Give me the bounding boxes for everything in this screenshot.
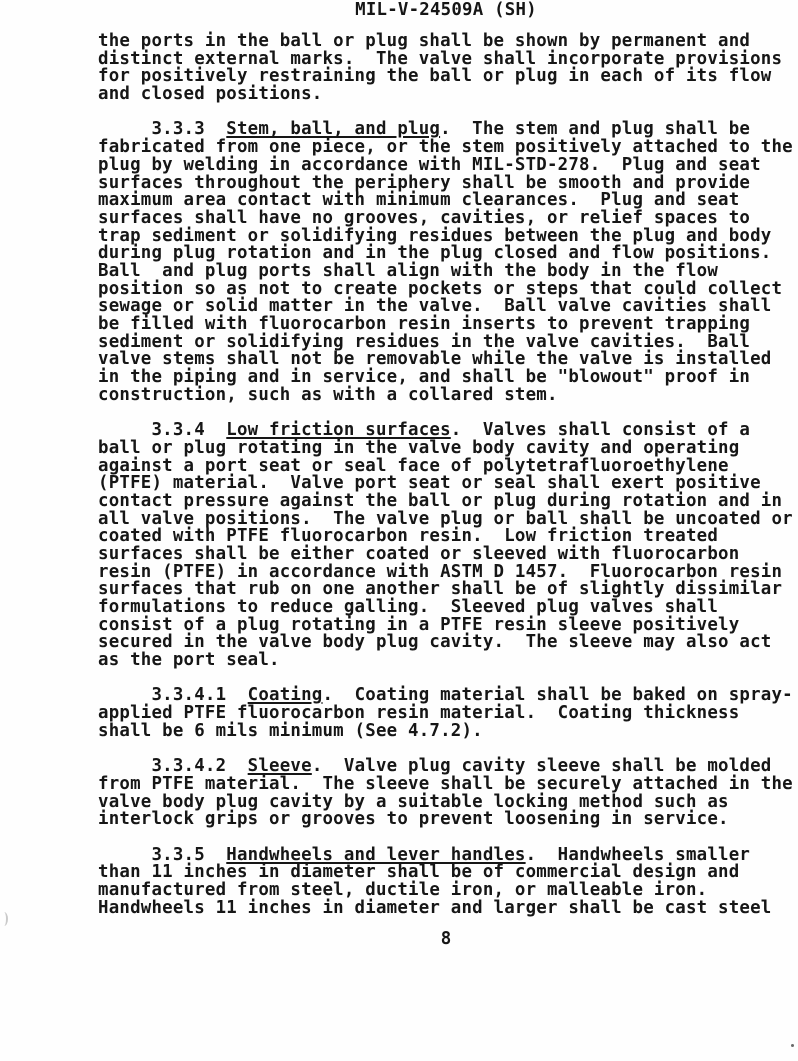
text-line: shall be 6 mils minimum (See 4.7.2). <box>98 723 798 741</box>
scan-artifact-dot <box>791 1044 794 1047</box>
text-line: construction, such as with a collared st… <box>98 387 798 405</box>
body-text: Handwheels 11 inches in diameter and lar… <box>98 898 771 918</box>
text-line: and closed positions. <box>98 86 798 104</box>
document-body: the ports in the ball or plug shall be s… <box>98 33 798 917</box>
body-text: construction, such as with a collared st… <box>98 385 558 405</box>
document-header-id: MIL-V-24509A (SH) <box>98 1 794 20</box>
document-page: MIL-V-24509A (SH) the ports in the ball … <box>0 0 798 1061</box>
page-number: 8 <box>98 930 794 948</box>
scan-artifact-left <box>0 912 8 926</box>
text-line: interlock grips or grooves to prevent lo… <box>98 811 798 829</box>
text-line: as the port seal. <box>98 652 798 670</box>
body-text: interlock grips or grooves to prevent lo… <box>98 809 729 829</box>
text-line: Handwheels 11 inches in diameter and lar… <box>98 900 798 918</box>
body-text: and closed positions. <box>98 84 323 104</box>
body-text: shall be 6 mils minimum (See 4.7.2). <box>98 721 483 741</box>
body-text: as the port seal. <box>98 650 280 670</box>
